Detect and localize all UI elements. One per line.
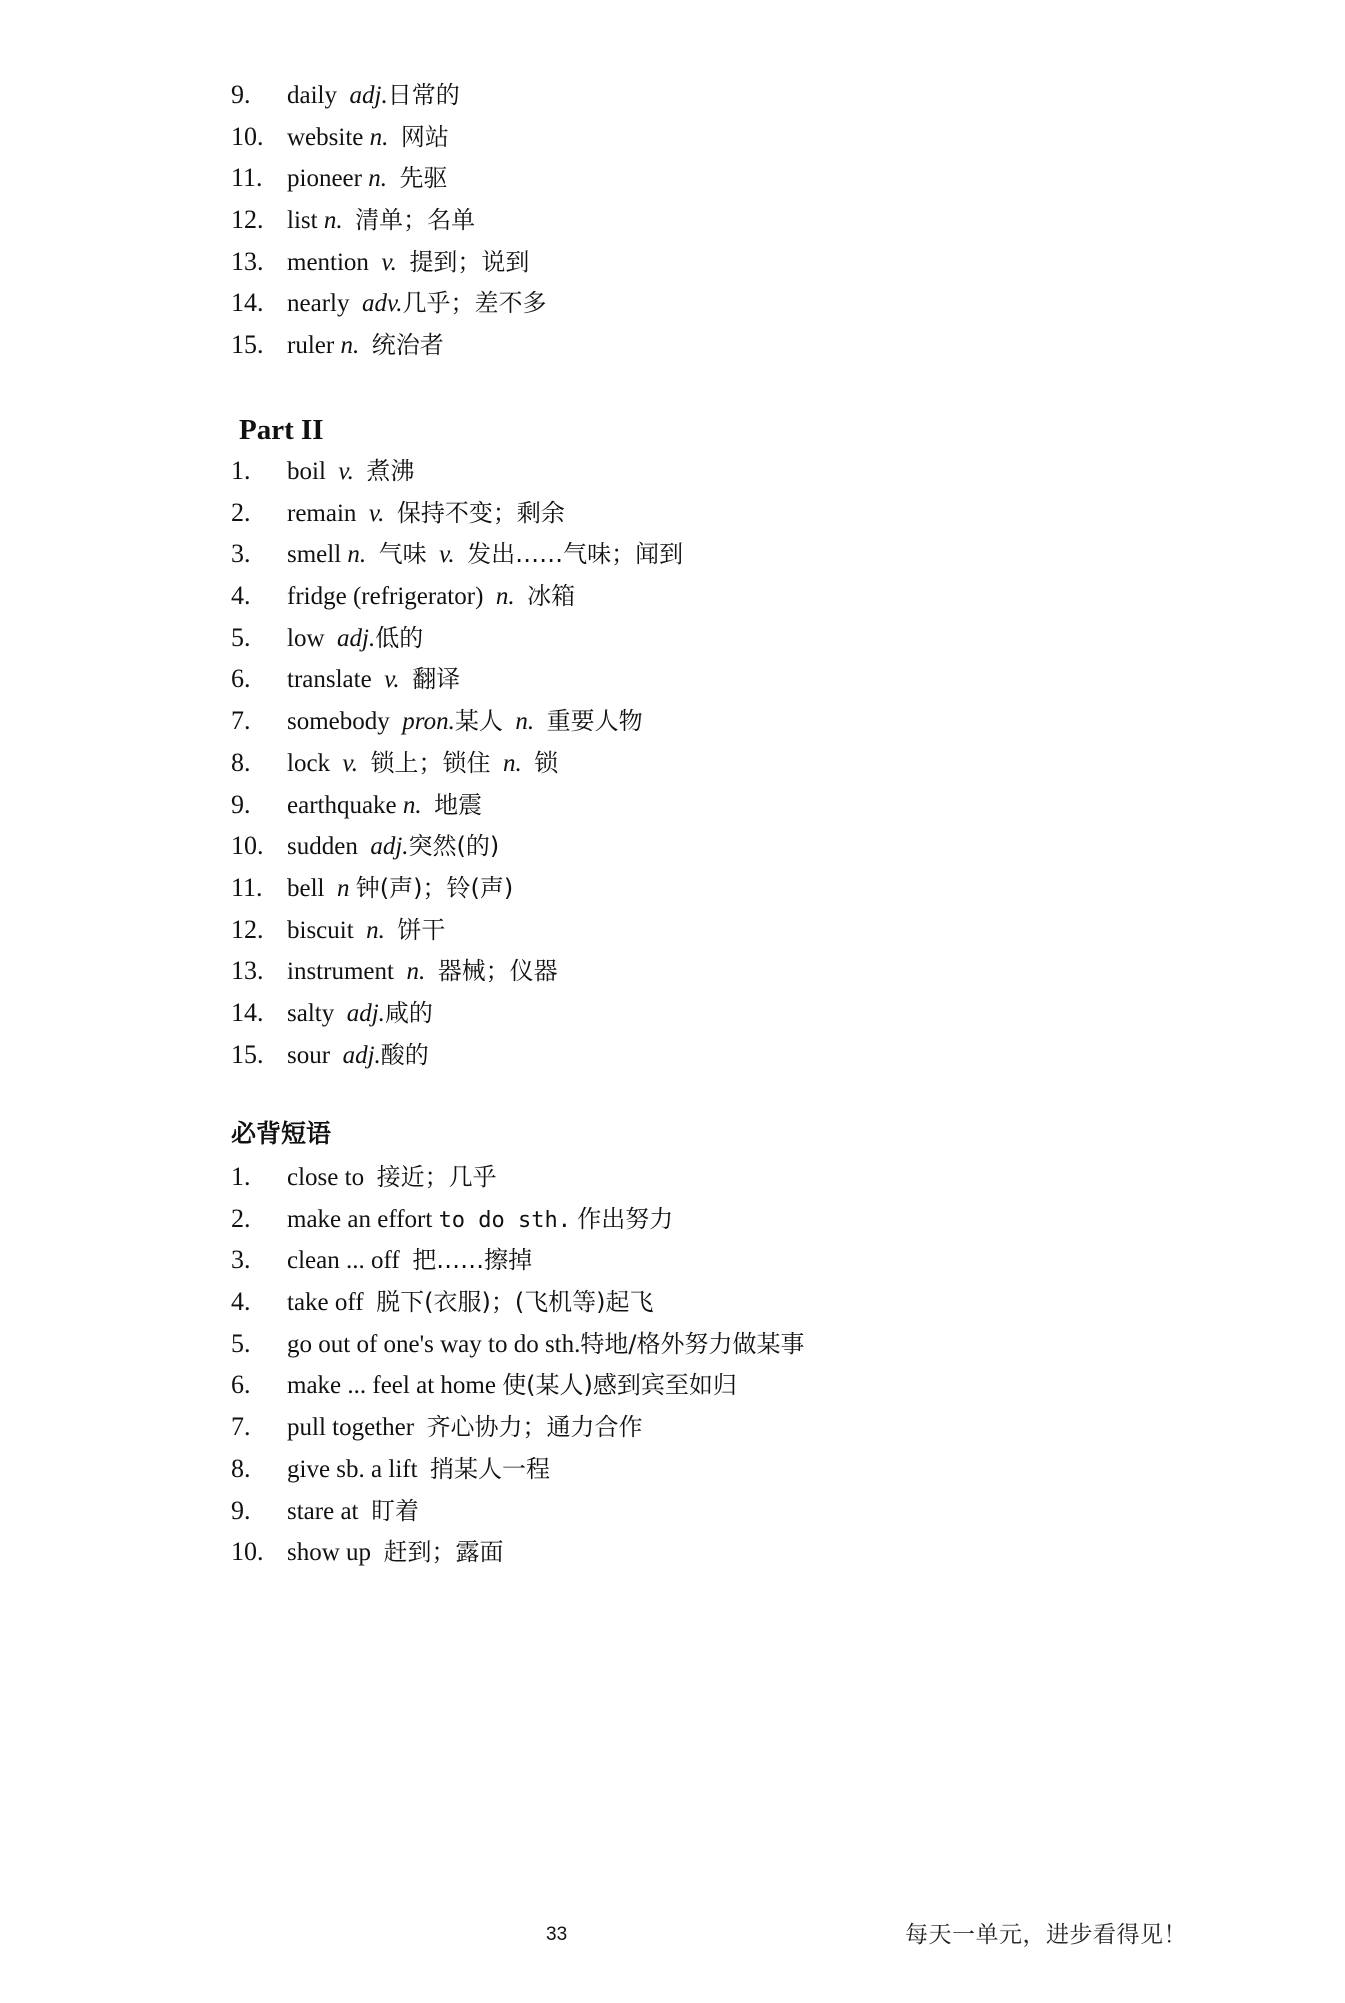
item-number: 4. (231, 575, 287, 617)
item-number: 9. (231, 74, 287, 116)
vocab-item: 13.mention v. 提到；说到 (231, 241, 546, 283)
vocab-term: daily (287, 82, 337, 109)
vocab-item: 13.instrument n. 器械；仪器 (231, 950, 683, 992)
definition: 咸的 (385, 999, 433, 1027)
definition: 低的 (375, 624, 423, 652)
phrase-text: stare at (287, 1498, 358, 1525)
phrase-item: 7.pull together 齐心协力；通力合作 (231, 1406, 804, 1448)
phrase-text: pull together (287, 1414, 414, 1441)
part-of-speech: adj. (343, 1042, 381, 1069)
part-of-speech: adv. (362, 290, 403, 317)
item-number: 6. (231, 658, 287, 700)
item-number: 8. (231, 1448, 287, 1490)
part-of-speech: adj. (347, 1000, 385, 1027)
definition: 地震 (434, 791, 482, 819)
phrase-text: show up (287, 1539, 371, 1566)
item-number: 13. (231, 950, 287, 992)
vocab-item: 8.lock v. 锁上；锁住 n. 锁 (231, 742, 683, 784)
part-of-speech: n. (515, 708, 534, 735)
definition: 饼干 (397, 916, 445, 944)
part-of-speech: v. (439, 541, 455, 568)
item-number: 9. (231, 784, 287, 826)
item-number: 10. (231, 1531, 287, 1573)
phrase-item: 2.make an effort to do sth. 作出努力 (231, 1198, 804, 1240)
vocab-term: remain (287, 500, 356, 527)
item-number: 10. (231, 116, 287, 158)
part-of-speech: v. (369, 500, 385, 527)
phrase-item: 6.make ... feel at home 使(某人)感到宾至如归 (231, 1364, 804, 1406)
item-number: 5. (231, 617, 287, 659)
vocab-item: 12.list n. 清单；名单 (231, 199, 546, 241)
vocab-term: sour (287, 1042, 330, 1069)
vocab-term: fridge (refrigerator) (287, 583, 483, 610)
phrase-text-mono: to do sth. (439, 1208, 571, 1233)
definition: 钟(声)；铃(声) (356, 874, 513, 902)
item-number: 15. (231, 1034, 287, 1076)
definition: 特地/格外努力做某事 (580, 1330, 804, 1358)
part-of-speech: n. (366, 917, 385, 944)
phrase-text: close to (287, 1164, 364, 1191)
part-of-speech: v. (381, 249, 397, 276)
vocab-item: 4.fridge (refrigerator) n. 冰箱 (231, 575, 683, 617)
item-number: 10. (231, 825, 287, 867)
definition: 冰箱 (527, 582, 575, 610)
phrase-item: 3.clean ... off 把……擦掉 (231, 1239, 804, 1281)
vocab-term: translate (287, 666, 372, 693)
vocab-term: salty (287, 1000, 334, 1027)
definition: 某人 (455, 707, 503, 735)
item-number: 14. (231, 992, 287, 1034)
vocab-item: 9.earthquake n. 地震 (231, 784, 683, 826)
definition: 接近；几乎 (377, 1163, 497, 1191)
item-number: 3. (231, 533, 287, 575)
vocab-term: biscuit (287, 917, 354, 944)
part-of-speech: adj. (370, 833, 408, 860)
vocab-term: mention (287, 249, 369, 276)
vocab-item: 10.website n. 网站 (231, 116, 546, 158)
item-number: 8. (231, 742, 287, 784)
definition: 赶到；露面 (384, 1538, 504, 1566)
vocab-term: website (287, 124, 363, 151)
definition: 气味 (379, 540, 427, 568)
item-number: 9. (231, 1490, 287, 1532)
definition: 翻译 (412, 665, 460, 693)
part-of-speech: adj. (337, 625, 375, 652)
definition: 脱下(衣服)；(飞机等)起飞 (376, 1288, 653, 1316)
vocab-item: 15.ruler n. 统治者 (231, 324, 546, 366)
footer-slogan: 每天一单元，进步看得见！ (905, 1920, 1187, 1950)
item-number: 2. (231, 492, 287, 534)
vocab-term: boil (287, 458, 326, 485)
page-number: 33 (546, 1922, 567, 1948)
definition: 锁上；锁住 (371, 749, 491, 777)
vocab-list-part1: 9.daily adj.日常的 10.website n. 网站 11.pion… (231, 74, 546, 366)
part-of-speech: n. (403, 792, 422, 819)
vocab-item: 1.boil v. 煮沸 (231, 450, 683, 492)
part-of-speech: n. (503, 750, 522, 777)
definition: 锁 (534, 749, 558, 777)
part-of-speech: n. (406, 958, 425, 985)
part-of-speech: v. (343, 750, 359, 777)
phrase-item: 10.show up 赶到；露面 (231, 1531, 804, 1573)
definition: 盯着 (371, 1497, 419, 1525)
item-number: 1. (231, 450, 287, 492)
definition: 网站 (401, 123, 449, 151)
definition: 捎某人一程 (430, 1455, 550, 1483)
part-of-speech: adj. (350, 82, 388, 109)
part-of-speech: n. (496, 583, 515, 610)
item-number: 15. (231, 324, 287, 366)
part-of-speech: v. (384, 666, 400, 693)
vocab-term: nearly (287, 290, 349, 317)
definition: 作出努力 (577, 1205, 673, 1233)
item-number: 7. (231, 1406, 287, 1448)
phrase-text: take off (287, 1289, 364, 1316)
definition: 提到；说到 (409, 248, 529, 276)
item-number: 4. (231, 1281, 287, 1323)
vocab-list-part2: 1.boil v. 煮沸 2.remain v. 保持不变；剩余 3.smell… (231, 450, 683, 1075)
vocab-item: 14.nearly adv.几乎；差不多 (231, 282, 546, 324)
definition: 统治者 (372, 331, 444, 359)
definition: 酸的 (381, 1041, 429, 1069)
vocab-item: 15.sour adj.酸的 (231, 1034, 683, 1076)
vocab-term: pioneer (287, 165, 362, 192)
vocab-term: instrument (287, 958, 394, 985)
section-title-phrases: 必背短语 (231, 1114, 331, 1154)
part-of-speech: n. (347, 541, 366, 568)
section-title-part2: Part II (239, 410, 324, 450)
part-of-speech: n. (370, 124, 389, 151)
item-number: 2. (231, 1198, 287, 1240)
definition: 几乎；差不多 (402, 289, 546, 317)
vocab-term: low (287, 625, 325, 652)
item-number: 11. (231, 867, 287, 909)
vocab-term: bell (287, 875, 325, 902)
part-of-speech: v. (338, 458, 354, 485)
vocab-term: ruler (287, 332, 334, 359)
vocab-term: smell (287, 541, 341, 568)
vocab-term: somebody (287, 708, 390, 735)
phrase-list: 1.close to 接近；几乎 2.make an effort to do … (231, 1156, 804, 1573)
vocab-item: 7.somebody pron.某人 n. 重要人物 (231, 700, 683, 742)
phrase-text: give sb. a lift (287, 1456, 418, 1483)
item-number: 6. (231, 1364, 287, 1406)
definition: 重要人物 (547, 707, 643, 735)
item-number: 7. (231, 700, 287, 742)
item-number: 12. (231, 199, 287, 241)
definition: 使(某人)感到宾至如归 (502, 1371, 737, 1399)
vocab-item: 3.smell n. 气味 v. 发出……气味；闻到 (231, 533, 683, 575)
phrase-item: 8.give sb. a lift 捎某人一程 (231, 1448, 804, 1490)
document-page: 9.daily adj.日常的 10.website n. 网站 11.pion… (0, 0, 1345, 2003)
definition: 保持不变；剩余 (397, 499, 565, 527)
vocab-item: 11.pioneer n. 先驱 (231, 157, 546, 199)
item-number: 14. (231, 282, 287, 324)
phrase-text: go out of one's way to do sth. (287, 1331, 580, 1358)
definition: 发出……气味；闻到 (467, 540, 683, 568)
part-of-speech: n. (368, 165, 387, 192)
item-number: 11. (231, 157, 287, 199)
phrase-item: 4.take off 脱下(衣服)；(飞机等)起飞 (231, 1281, 804, 1323)
vocab-item: 2.remain v. 保持不变；剩余 (231, 492, 683, 534)
item-number: 1. (231, 1156, 287, 1198)
definition: 清单；名单 (355, 206, 475, 234)
item-number: 5. (231, 1323, 287, 1365)
part-of-speech: n. (340, 332, 359, 359)
definition: 突然(的) (409, 832, 500, 860)
vocab-item: 14.salty adj.咸的 (231, 992, 683, 1034)
item-number: 13. (231, 241, 287, 283)
phrase-text: make ... feel at home (287, 1372, 496, 1399)
phrase-item: 5.go out of one's way to do sth.特地/格外努力做… (231, 1323, 804, 1365)
definition: 煮沸 (366, 457, 414, 485)
phrase-item: 9.stare at 盯着 (231, 1490, 804, 1532)
vocab-term: list (287, 207, 318, 234)
vocab-item: 5.low adj.低的 (231, 617, 683, 659)
part-of-speech: pron. (402, 708, 455, 735)
phrase-text: make an effort (287, 1206, 432, 1233)
vocab-item: 11.bell n 钟(声)；铃(声) (231, 867, 683, 909)
part-of-speech: n (337, 875, 350, 902)
vocab-item: 12.biscuit n. 饼干 (231, 909, 683, 951)
vocab-item: 6.translate v. 翻译 (231, 658, 683, 700)
definition: 器械；仪器 (438, 957, 558, 985)
phrase-text: clean ... off (287, 1247, 400, 1274)
vocab-item: 10.sudden adj.突然(的) (231, 825, 683, 867)
vocab-term: lock (287, 750, 330, 777)
definition: 把……擦掉 (412, 1246, 532, 1274)
definition: 日常的 (388, 81, 460, 109)
vocab-term: sudden (287, 833, 358, 860)
vocab-item: 9.daily adj.日常的 (231, 74, 546, 116)
item-number: 12. (231, 909, 287, 951)
definition: 先驱 (399, 164, 447, 192)
vocab-term: earthquake (287, 792, 397, 819)
item-number: 3. (231, 1239, 287, 1281)
definition: 齐心协力；通力合作 (427, 1413, 643, 1441)
part-of-speech: n. (324, 207, 343, 234)
phrase-item: 1.close to 接近；几乎 (231, 1156, 804, 1198)
